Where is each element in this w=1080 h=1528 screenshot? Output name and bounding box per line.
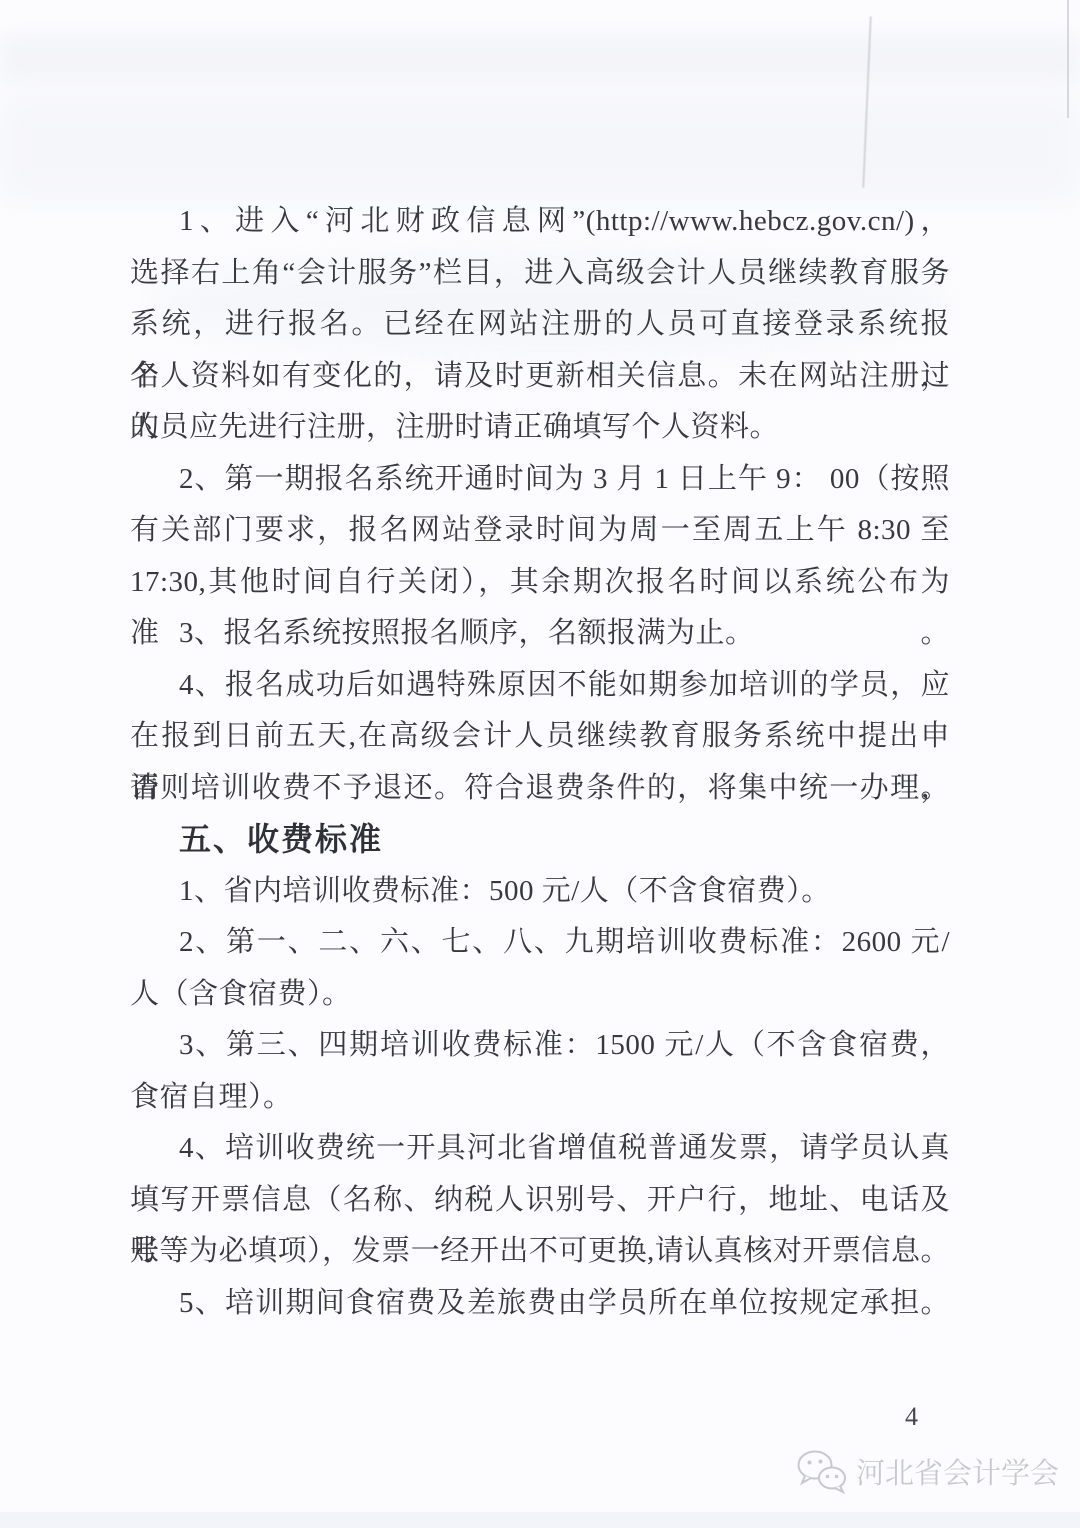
paragraph-line: 系统，进行报名。已经在网站注册的人员可直接登录系统报名，	[130, 299, 950, 351]
paragraph-line: 填写开票信息（名称、纳税人识别号、开户行，地址、电话及账	[130, 1175, 950, 1227]
wechat-watermark: 河北省会计学会	[795, 1447, 1059, 1495]
paragraph-line: 人员应先进行注册，注册时请正确填写个人资料。	[130, 402, 950, 454]
scan-bleedthrough-band	[0, 96, 1080, 200]
document-text-block: 1、进入“河北财政信息网”(http://www.hebcz.gov.cn/)，…	[130, 196, 950, 1329]
paragraph-line: 4、培训收费统一开具河北省增值税普通发票，请学员认真	[130, 1123, 950, 1175]
paragraph-line: 个人资料如有变化的，请及时更新相关信息。未在网站注册过的	[130, 351, 950, 403]
wechat-logo-icon	[795, 1447, 849, 1495]
section-heading: 五、收费标准	[130, 814, 950, 866]
paragraph-line: 有关部门要求，报名网站登录时间为周一至周五上午 8:30 至	[130, 505, 950, 557]
paragraph-line: 人（含食宿费）。	[130, 969, 950, 1021]
scan-edge-line	[1067, 0, 1069, 118]
paragraph-line: 食宿自理）。	[130, 1072, 950, 1124]
document-page: 1、进入“河北财政信息网”(http://www.hebcz.gov.cn/)，…	[0, 0, 1080, 1528]
paragraph-line: 否则培训收费不予退还。符合退费条件的，将集中统一办理。	[130, 763, 950, 815]
paragraph-line: 在报到日前五天,在高级会计人员继续教育服务系统中提出申请，	[130, 711, 950, 763]
paragraph-line: 2、第一、二、六、七、八、九期培训收费标准：2600 元/	[130, 917, 950, 969]
paragraph-line: 1、进入“河北财政信息网”(http://www.hebcz.gov.cn/)，	[130, 196, 950, 248]
paragraph-line: 5、培训期间食宿费及差旅费由学员所在单位按规定承担。	[130, 1278, 950, 1330]
paragraph-line: 1、省内培训收费标准：500 元/人（不含食宿费）。	[130, 866, 950, 918]
paragraph-line: 选择右上角“会计服务”栏目，进入高级会计人员继续教育服务	[130, 248, 950, 300]
paragraph-line: 3、第三、四期培训收费标准：1500 元/人（不含食宿费，	[130, 1020, 950, 1072]
scan-bleedthrough-band	[0, 36, 1080, 82]
paragraph-line: 17:30,其他时间自行关闭），其余期次报名时间以系统公布为准。	[130, 557, 950, 609]
paragraph-line: 号等为必填项），发票一经开出不可更换,请认真核对开票信息。	[130, 1226, 950, 1278]
watermark-text: 河北省会计学会	[856, 1451, 1059, 1492]
paragraph-line: 4、报名成功后如遇特殊原因不能如期参加培训的学员，应	[130, 660, 950, 712]
scan-bottom-band	[0, 1512, 1080, 1528]
page-number: 4	[905, 1402, 918, 1432]
paragraph-line: 2、第一期报名系统开通时间为 3 月 1 日上午 9： 00（按照	[130, 454, 950, 506]
